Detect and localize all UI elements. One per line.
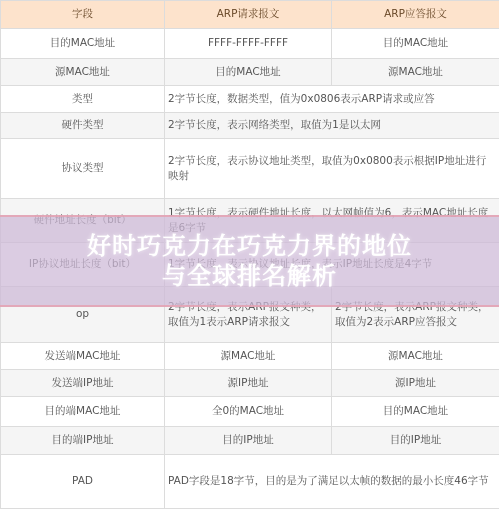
merged-desc-cell: 2字节长度，表示协议地址类型，取值为0x0800表示根据IP地址进行映射 [165,139,499,199]
field-cell: 协议类型 [1,139,165,199]
merged-desc-cell: PAD字段是18字节，目的是为了满足以太帧的数据的最小长度46字节 [165,455,499,509]
banner-title-line-1: 好时巧克力在巧克力界的地位 [87,231,412,261]
header-field: 字段 [1,1,165,29]
field-cell: 类型 [1,86,165,113]
request-cell: 目的MAC地址 [165,59,332,86]
request-cell: 源IP地址 [165,370,332,397]
table-row: 目的MAC地址 FFFF-FFFF-FFFF 目的MAC地址 [1,29,499,59]
field-cell: 目的端IP地址 [1,427,165,455]
reply-cell: 源MAC地址 [332,59,499,86]
field-cell: 发送端MAC地址 [1,343,165,370]
table-row: 发送端MAC地址 源MAC地址 源MAC地址 [1,343,499,370]
merged-desc-cell: 2字节长度，数据类型，值为0x0806表示ARP请求或应答 [165,86,499,113]
field-cell: 源MAC地址 [1,59,165,86]
header-arp-request: ARP请求报文 [165,1,332,29]
request-cell: 源MAC地址 [165,343,332,370]
table-row: 目的端MAC地址 全0的MAC地址 目的MAC地址 [1,397,499,427]
field-cell: 发送端IP地址 [1,370,165,397]
reply-cell: 源IP地址 [332,370,499,397]
banner-title-line-2: 与全球排名解析 [162,261,337,291]
request-cell: FFFF-FFFF-FFFF [165,29,332,59]
table-row: 源MAC地址 目的MAC地址 源MAC地址 [1,59,499,86]
merged-desc-cell: 2字节长度，表示网络类型，取值为1是以太网 [165,113,499,139]
table-row: 硬件类型 2字节长度，表示网络类型，取值为1是以太网 [1,113,499,139]
header-arp-reply: ARP应答报文 [332,1,499,29]
field-cell: 硬件类型 [1,113,165,139]
request-cell: 目的IP地址 [165,427,332,455]
field-cell: 目的MAC地址 [1,29,165,59]
table-row: 目的端IP地址 目的IP地址 目的IP地址 [1,427,499,455]
table-row: PAD PAD字段是18字节，目的是为了满足以太帧的数据的最小长度46字节 [1,455,499,509]
title-banner-overlay: 好时巧克力在巧克力界的地位 与全球排名解析 [0,215,499,307]
table-row: 协议类型 2字节长度，表示协议地址类型，取值为0x0800表示根据IP地址进行映… [1,139,499,199]
field-cell: 目的端MAC地址 [1,397,165,427]
reply-cell: 目的MAC地址 [332,29,499,59]
reply-cell: 源MAC地址 [332,343,499,370]
request-cell: 全0的MAC地址 [165,397,332,427]
reply-cell: 目的IP地址 [332,427,499,455]
field-cell: PAD [1,455,165,509]
table-row: 发送端IP地址 源IP地址 源IP地址 [1,370,499,397]
table-row: 类型 2字节长度，数据类型，值为0x0806表示ARP请求或应答 [1,86,499,113]
table-header-row: 字段 ARP请求报文 ARP应答报文 [1,1,499,29]
reply-cell: 目的MAC地址 [332,397,499,427]
